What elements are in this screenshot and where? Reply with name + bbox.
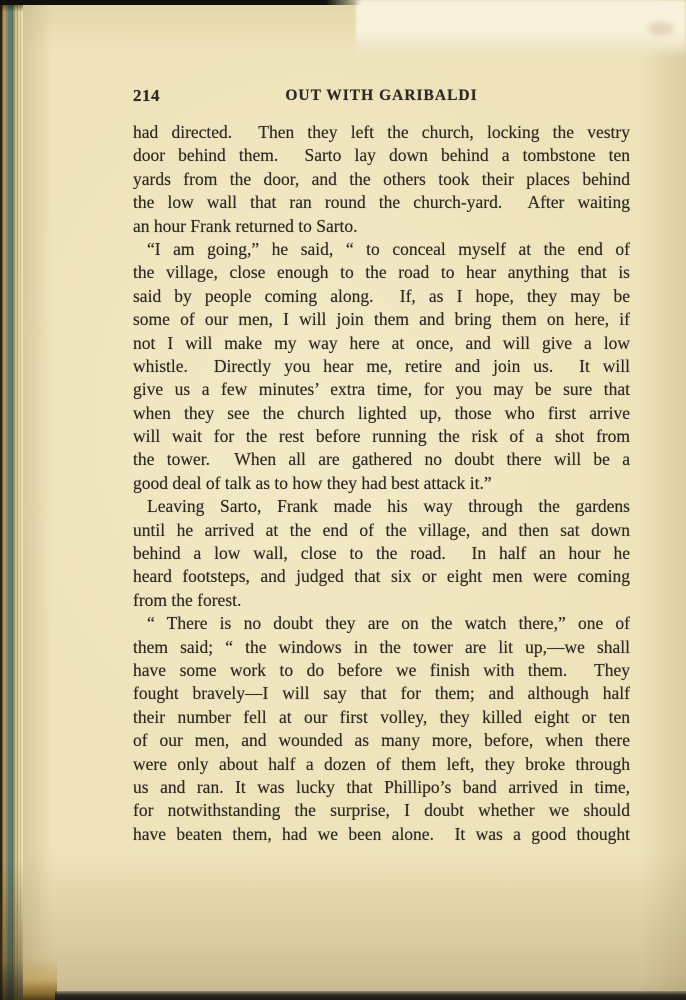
book-scan: { "book_page": { "page_number": "214", "… [0, 0, 686, 1000]
text-line: said by people coming along. If, as I ho… [133, 285, 630, 308]
running-head: 214 OUT WITH GARIBALDI [133, 85, 630, 107]
text-line: fought bravely—I will say that for them;… [133, 682, 630, 705]
text-line: “ There is no doubt they are on the watc… [133, 612, 630, 635]
text-line: us and ran. It was lucky that Phillipo’s… [133, 776, 630, 799]
text-line: were only about half a dozen of them lef… [133, 753, 630, 776]
text-line: yards from the door, and the others took… [133, 168, 630, 191]
text-line: have beaten them, had we been alone. It … [133, 823, 630, 846]
text-line: heard footsteps, and judged that six or … [133, 565, 630, 588]
scan-bottom-border [55, 991, 686, 1000]
text-line: from the forest. [133, 589, 630, 612]
running-header-title: OUT WITH GARIBALDI [133, 85, 630, 107]
text-line: the tower. When all are gathered no doub… [133, 448, 630, 471]
page-bottom-corner-edge [23, 956, 57, 1000]
text-line: whistle. Directly you hear me, retire an… [133, 355, 630, 378]
text-line: when they see the church lighted up, tho… [133, 402, 630, 425]
text-line: some of our men, I will join them and br… [133, 308, 630, 331]
text-line: the low wall that ran round the church-y… [133, 191, 630, 214]
binding-edge-stripes [0, 0, 23, 1000]
text-line: Leaving Sarto, Frank made his way throug… [133, 495, 630, 518]
text-line: good deal of talk as to how they had bes… [133, 472, 630, 495]
text-line: until he arrived at the end of the villa… [133, 519, 630, 542]
text-block: had directed. Then they left the church,… [133, 121, 630, 846]
text-line: not I will make my way here at once, and… [133, 332, 630, 355]
text-line: them said; “ the windows in the tower ar… [133, 636, 630, 659]
text-line: door behind them. Sarto lay down behind … [133, 144, 630, 167]
text-line: the village, close enough to the road to… [133, 261, 630, 284]
text-line: will wait for the rest before running th… [133, 425, 630, 448]
text-line: for notwithstanding the surprise, I doub… [133, 799, 630, 822]
page-number: 214 [133, 85, 160, 107]
text-line: give us a few minutes’ extra time, for y… [133, 378, 630, 401]
facing-page-edge [356, 0, 686, 57]
text-line: behind a low wall, close to the road. In… [133, 542, 630, 565]
paper-smudge [648, 22, 674, 35]
text-line: “I am going,” he said, “ to conceal myse… [133, 238, 630, 261]
text-line: had directed. Then they left the church,… [133, 121, 630, 144]
scan-top-border [0, 0, 362, 5]
text-line: an hour Frank returned to Sarto. [133, 215, 630, 238]
text-line: of our men, and wounded as many more, be… [133, 729, 630, 752]
text-line: their number fell at our first volley, t… [133, 706, 630, 729]
text-line: have some work to do before we finish wi… [133, 659, 630, 682]
